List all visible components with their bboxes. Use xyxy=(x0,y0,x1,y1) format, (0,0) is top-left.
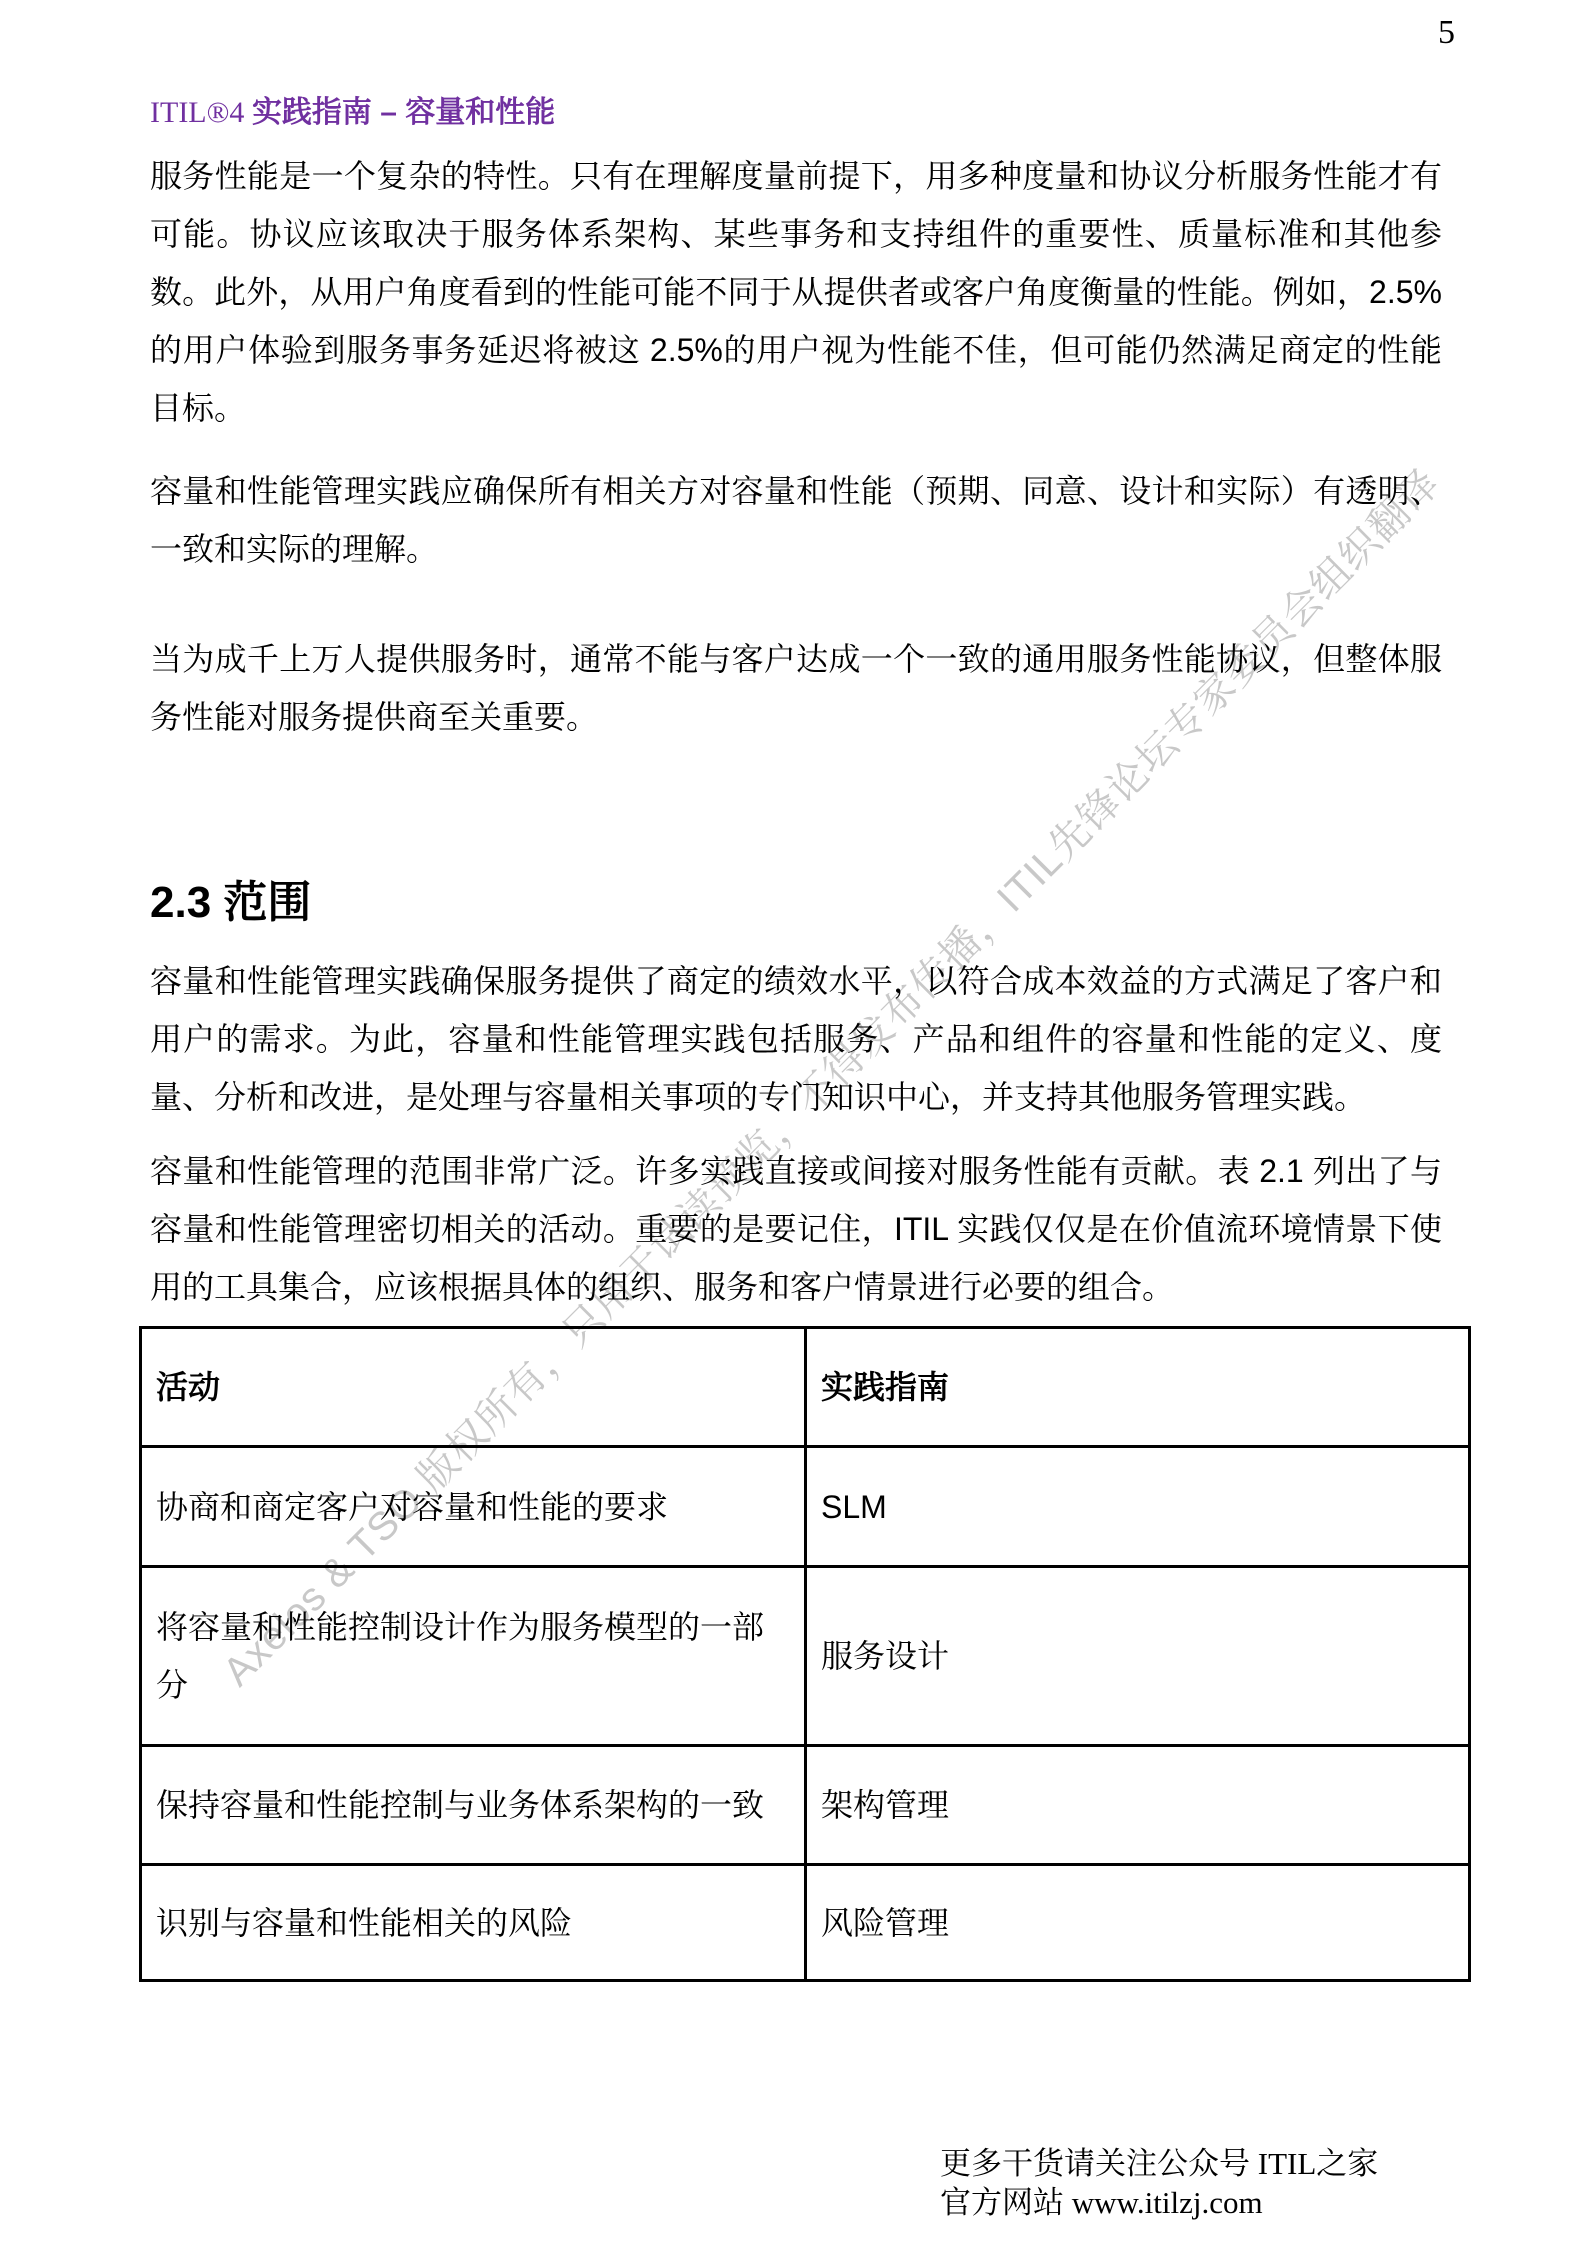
body-paragraph-2: 容量和性能管理实践应确保所有相关方对容量和性能（预期、同意、设计和实际）有透明、… xyxy=(150,462,1442,578)
body-paragraph-1: 服务性能是一个复杂的特性。只有在理解度量前提下，用多种度量和协议分析服务性能才有… xyxy=(150,147,1442,437)
footer-line-1: 更多干货请关注公众号 ITIL之家 xyxy=(940,2144,1378,2183)
table-header-row: 活动 实践指南 xyxy=(141,1328,1470,1447)
running-header-brand: ITIL®4 xyxy=(150,96,252,129)
activity-cell: 保持容量和性能控制与业务体系架构的一致 xyxy=(141,1746,806,1865)
section-heading-2-3: 2.3 范围 xyxy=(150,877,311,929)
practice-cell: 风险管理 xyxy=(806,1865,1470,1981)
page-number: 5 xyxy=(1438,14,1455,52)
column-header-activity: 活动 xyxy=(141,1328,806,1447)
running-header: ITIL®4 实践指南 – 容量和性能 xyxy=(150,94,555,132)
practice-cell: 服务设计 xyxy=(806,1567,1470,1746)
body-paragraph-5: 容量和性能管理的范围非常广泛。许多实践直接或间接对服务性能有贡献。表 2.1 列… xyxy=(150,1142,1442,1316)
activity-cell: 协商和商定客户对容量和性能的要求 xyxy=(141,1447,806,1567)
document-page: Axelos & TSO 版权所有，只用于试读预览，不得发布传播，ITIL先锋论… xyxy=(0,0,1587,2245)
body-paragraph-4: 容量和性能管理实践确保服务提供了商定的绩效水平，以符合成本效益的方式满足了客户和… xyxy=(150,952,1442,1126)
body-paragraph-3: 当为成千上万人提供服务时，通常不能与客户达成一个一致的通用服务性能协议，但整体服… xyxy=(150,630,1442,746)
page-footer: 更多干货请关注公众号 ITIL之家 官方网站 www.itilzj.com xyxy=(940,2144,1378,2222)
activities-practices-table: 活动 实践指南 协商和商定客户对容量和性能的要求 SLM 将容量和性能控制设计作… xyxy=(139,1326,1471,1982)
table-row: 协商和商定客户对容量和性能的要求 SLM xyxy=(141,1447,1470,1567)
activity-cell: 识别与容量和性能相关的风险 xyxy=(141,1865,806,1981)
column-header-practice-guide: 实践指南 xyxy=(806,1328,1470,1447)
content-layer: 5 ITIL®4 实践指南 – 容量和性能 服务性能是一个复杂的特性。只有在理解… xyxy=(0,0,1587,2245)
running-header-title: 实践指南 – 容量和性能 xyxy=(252,96,555,129)
footer-line-2: 官方网站 www.itilzj.com xyxy=(940,2183,1378,2222)
practice-cell: SLM xyxy=(806,1447,1470,1567)
table-row: 识别与容量和性能相关的风险 风险管理 xyxy=(141,1865,1470,1981)
activity-cell: 将容量和性能控制设计作为服务模型的一部分 xyxy=(141,1567,806,1746)
table-row: 保持容量和性能控制与业务体系架构的一致 架构管理 xyxy=(141,1746,1470,1865)
table-row: 将容量和性能控制设计作为服务模型的一部分 服务设计 xyxy=(141,1567,1470,1746)
practice-cell: 架构管理 xyxy=(806,1746,1470,1865)
